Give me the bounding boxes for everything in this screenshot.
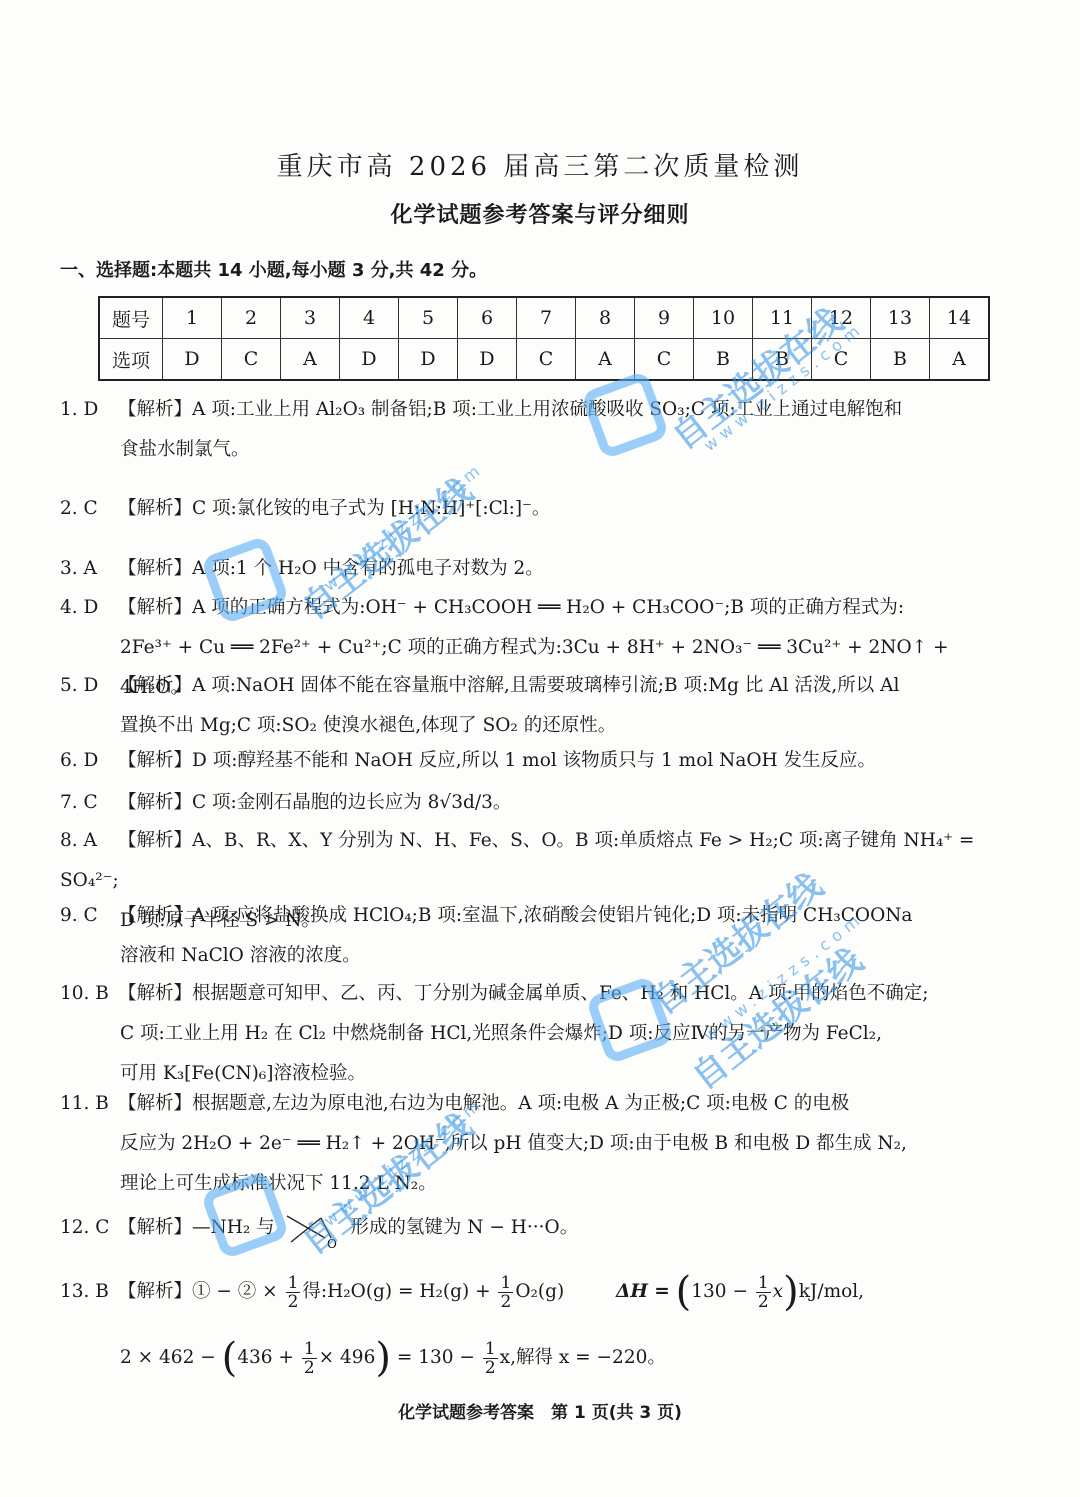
- delta-h-label: ΔH =: [616, 1281, 670, 1302]
- answer-cell: C: [517, 339, 576, 381]
- answer-cell: A: [281, 339, 340, 381]
- answer-cell: B: [694, 339, 753, 381]
- item-text: A 项的正确方程式为:OH⁻ + CH₃COOH ══ H₂O + CH₃COO…: [192, 597, 904, 618]
- answer-cell: D: [458, 339, 517, 381]
- item-text-cont: 反应为 2H₂O + 2e⁻ ══ H₂↑ + 2OH⁻,所以 pH 值变大;D…: [60, 1124, 1020, 1164]
- answer-cell: C: [222, 339, 281, 381]
- question-number: 10: [694, 297, 753, 339]
- explanation-5: 5. D【解析】A 项:NaOH 固体不能在容量瓶中溶解,且需要玻璃棒引流;B …: [60, 666, 1020, 746]
- item-text: 根据题意,左边为原电池,右边为电解池。A 项:电极 A 为正极;C 项:电极 C…: [192, 1093, 849, 1114]
- equation-text: 2 × 462 −: [120, 1347, 216, 1368]
- equation-text: O₂(g): [515, 1281, 564, 1302]
- question-number: 8: [576, 297, 635, 339]
- explanation-7: 7. C【解析】C 项:金刚石晶胞的边长应为 8√3d/3。: [60, 783, 1020, 823]
- item-tag: 【解析】: [118, 792, 192, 813]
- item-number: 2. C: [60, 489, 118, 529]
- item-tag: 【解析】: [118, 597, 192, 618]
- item-tag: 【解析】: [118, 558, 192, 579]
- answer-cell: D: [340, 339, 399, 381]
- answer-table: 题号 1 2 3 4 5 6 7 8 9 10 11 12 13 14 选项 D…: [98, 296, 990, 381]
- explanation-12: 12. C【解析】—NH₂ 与 O 形成的氢键为 N − H···O。: [60, 1208, 1020, 1248]
- fraction: 12: [286, 1274, 301, 1311]
- question-number: 2: [222, 297, 281, 339]
- explanation-13: 13. B【解析】① − ② × 12得:H₂O(g) = H₂(g) + 12…: [60, 1268, 1020, 1382]
- fraction: 12: [498, 1274, 513, 1311]
- page-subtitle: 化学试题参考答案与评分细则: [0, 198, 1080, 229]
- item-number: 11. B: [60, 1084, 118, 1124]
- item-tag: 【解析】: [118, 675, 192, 696]
- item-text: A、B、R、X、Y 分别为 N、H、Fe、S、O。B 项:单质熔点 Fe > H…: [60, 830, 974, 891]
- item-text: C 项:氯化铵的电子式为 [H:N:H]⁺[:Cl:]⁻。: [192, 498, 550, 519]
- question-number: 5: [399, 297, 458, 339]
- equation-text: kJ/mol,: [799, 1281, 864, 1302]
- item-text-cont: 置换不出 Mg;C 项:SO₂ 使溴水褪色,体现了 SO₂ 的还原性。: [60, 706, 1020, 746]
- explanation-6: 6. D【解析】D 项:醇羟基不能和 NaOH 反应,所以 1 mol 该物质只…: [60, 741, 1020, 781]
- item-number: 9. C: [60, 896, 118, 936]
- item-tag: 【解析】: [118, 1217, 192, 1238]
- equation-text: = 130 −: [397, 1347, 475, 1368]
- row-header: 选项: [99, 339, 163, 381]
- question-number: 11: [753, 297, 812, 339]
- item-tag: 【解析】: [118, 905, 192, 926]
- item-text: D 项:醇羟基不能和 NaOH 反应,所以 1 mol 该物质只与 1 mol …: [192, 750, 876, 771]
- item-tag: 【解析】: [118, 983, 192, 1004]
- item-number: 13. B: [60, 1268, 118, 1316]
- answer-cell: B: [753, 339, 812, 381]
- fraction: 12: [483, 1340, 498, 1377]
- item-tag: 【解析】: [118, 830, 192, 851]
- item-text: 根据题意可知甲、乙、丙、丁分别为碱金属单质、Fe、H₂ 和 HCl。A 项:甲的…: [192, 983, 929, 1004]
- answer-table-answer-row: 选项 D C A D D D C A C B B C B A: [99, 339, 989, 381]
- item-number: 6. D: [60, 741, 118, 781]
- item-number: 12. C: [60, 1208, 118, 1248]
- item-number: 10. B: [60, 974, 118, 1014]
- item-text-cont: 溶液和 NaClO 溶液的浓度。: [60, 936, 1020, 976]
- item-number: 7. C: [60, 783, 118, 823]
- answer-cell: D: [399, 339, 458, 381]
- answer-cell: C: [635, 339, 694, 381]
- item-number: 5. D: [60, 666, 118, 706]
- question-number: 4: [340, 297, 399, 339]
- question-number: 1: [163, 297, 222, 339]
- equation-text: 得:H₂O(g) = H₂(g) +: [302, 1281, 490, 1302]
- explanation-2: 2. C【解析】C 项:氯化铵的电子式为 [H:N:H]⁺[:Cl:]⁻。: [60, 489, 1020, 529]
- item-text: 形成的氢键为 N − H···O。: [350, 1217, 578, 1238]
- epoxide-structure-icon: O: [281, 1208, 345, 1248]
- explanation-10: 10. B【解析】根据题意可知甲、乙、丙、丁分别为碱金属单质、Fe、H₂ 和 H…: [60, 974, 1020, 1094]
- question-number: 13: [871, 297, 930, 339]
- item-text-cont: C 项:工业上用 H₂ 在 Cl₂ 中燃烧制备 HCl,光照条件会爆炸;D 项:…: [60, 1014, 1020, 1054]
- answer-cell: B: [871, 339, 930, 381]
- row-header: 题号: [99, 297, 163, 339]
- item-tag: 【解析】: [118, 498, 192, 519]
- item-tag: 【解析】: [118, 1093, 192, 1114]
- fraction: 12: [302, 1340, 317, 1377]
- equation-text: 436 +: [237, 1347, 294, 1368]
- question-number: 9: [635, 297, 694, 339]
- item-text: C 项:金刚石晶胞的边长应为 8√3d/3。: [192, 792, 511, 813]
- item-number: 8. A: [60, 821, 118, 861]
- fraction: 12: [756, 1274, 771, 1311]
- item-tag: 【解析】: [118, 1281, 192, 1302]
- question-number: 14: [930, 297, 990, 339]
- question-number: 12: [812, 297, 871, 339]
- item-tag: 【解析】: [118, 750, 192, 771]
- item-text: A 项:工业上用 Al₂O₃ 制备铝;B 项:工业上用浓硫酸吸收 SO₃;C 项…: [192, 399, 902, 420]
- page-footer: 化学试题参考答案 第 1 页(共 3 页): [0, 1398, 1080, 1423]
- section-heading: 一、选择题:本题共 14 小题,每小题 3 分,共 42 分。: [60, 256, 487, 282]
- item-tag: 【解析】: [118, 399, 192, 420]
- equation-text: x,解得 x = −220。: [500, 1347, 666, 1368]
- item-number: 4. D: [60, 588, 118, 628]
- answer-cell: A: [930, 339, 990, 381]
- answer-cell: A: [576, 339, 635, 381]
- document-page: 重庆市高 2026 届高三第二次质量检测 化学试题参考答案与评分细则 一、选择题…: [0, 0, 1080, 1497]
- question-number: 7: [517, 297, 576, 339]
- explanation-11: 11. B【解析】根据题意,左边为原电池,右边为电解池。A 项:电极 A 为正极…: [60, 1084, 1020, 1204]
- item-text: A 项:NaOH 固体不能在容量瓶中溶解,且需要玻璃棒引流;B 项:Mg 比 A…: [192, 675, 899, 696]
- explanation-9: 9. C【解析】A 项:应将盐酸换成 HClO₄;B 项:室温下,浓硝酸会使铝片…: [60, 896, 1020, 976]
- page-title: 重庆市高 2026 届高三第二次质量检测: [0, 146, 1080, 183]
- svg-text:O: O: [327, 1237, 337, 1248]
- equation-text: 130 −: [691, 1281, 748, 1302]
- answer-cell: C: [812, 339, 871, 381]
- question-number: 3: [281, 297, 340, 339]
- equation-text: ① − ② ×: [192, 1281, 278, 1302]
- answer-table-number-row: 题号 1 2 3 4 5 6 7 8 9 10 11 12 13 14: [99, 297, 989, 339]
- variable-x: x: [773, 1281, 783, 1302]
- answer-cell: D: [163, 339, 222, 381]
- item-text-cont: 食盐水制氯气。: [60, 430, 1020, 470]
- question-number: 6: [458, 297, 517, 339]
- item-text: A 项:应将盐酸换成 HClO₄;B 项:室温下,浓硝酸会使铝片钝化;D 项:未…: [192, 905, 912, 926]
- equation-text: × 496: [319, 1347, 376, 1368]
- item-number: 3. A: [60, 549, 118, 589]
- item-number: 1. D: [60, 390, 118, 430]
- explanation-1: 1. D【解析】A 项:工业上用 Al₂O₃ 制备铝;B 项:工业上用浓硫酸吸收…: [60, 390, 1020, 470]
